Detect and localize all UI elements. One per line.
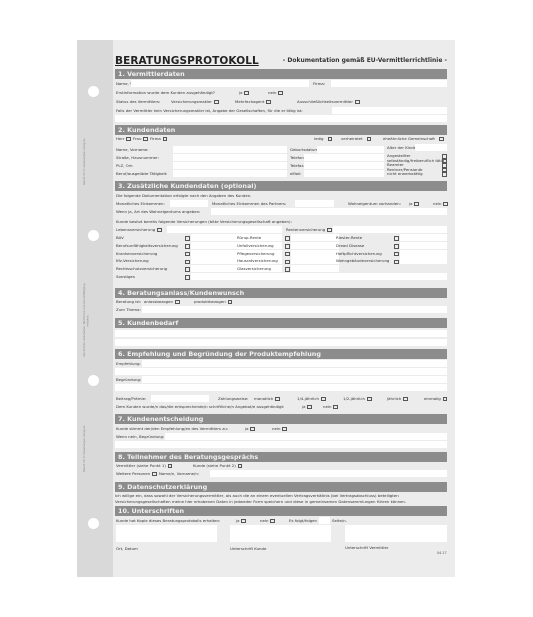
unterschrift-vermittler-field[interactable] xyxy=(345,525,447,542)
insurance-company-field[interactable] xyxy=(291,265,339,272)
label: Monatliches Einkommen: xyxy=(116,201,165,206)
checkbox-anlassbezogen[interactable]: anlassbezogen xyxy=(144,299,180,304)
label: Telefon: xyxy=(290,155,305,160)
section-heading: 7. Kundenentscheidung xyxy=(115,414,447,424)
insurance-company-field[interactable] xyxy=(400,234,447,241)
insurance-company-field[interactable] xyxy=(400,257,447,264)
label: Seite/n. xyxy=(332,518,347,523)
insurance-checkbox[interactable] xyxy=(285,236,290,241)
label: Straße, Hausnummer: xyxy=(116,155,159,160)
kundenbedarf-field-2[interactable] xyxy=(115,339,447,346)
label: Beruf/ausgeübte Tätigkeit: xyxy=(116,171,167,176)
telefon-field[interactable] xyxy=(304,154,384,161)
checkbox-lebensversicherung[interactable]: Lebensversicherung xyxy=(116,227,162,232)
side-note: Alle Rechte vorbehalten. Nachdruck und V… xyxy=(83,278,105,363)
insurance-company-field[interactable] xyxy=(400,250,447,257)
insurance-checkbox[interactable] xyxy=(185,275,190,280)
label: Begründung: xyxy=(116,377,141,382)
insurance-company-field[interactable] xyxy=(291,234,339,241)
checkbox-produktbezogen[interactable]: produktbezogen xyxy=(194,299,232,304)
section-heading: 8. Teilnehmer des Beratungsgesprächs xyxy=(115,452,447,462)
weitere-personen-field[interactable] xyxy=(210,470,447,477)
intro-text: Die folgende Dokumentation erfolgte nach… xyxy=(116,193,251,198)
section-heading: 5. Kundenbedarf xyxy=(115,318,447,328)
version-label: 04.17 xyxy=(437,551,447,555)
label: Kunde besitzt bereits folgende Versicher… xyxy=(116,219,292,224)
checkbox-vierteljaehrlich[interactable]: 1/4-jährlich xyxy=(297,396,326,401)
label: Name/n, Vorname/n: xyxy=(159,471,199,476)
geburtsdatum-field[interactable] xyxy=(317,146,384,153)
label: Zahlungsweise: xyxy=(218,396,248,401)
label: Kunde hat Kopie dieses Beratungsprotokol… xyxy=(116,518,220,523)
insurance-checkbox[interactable] xyxy=(185,252,190,257)
telefax-field[interactable] xyxy=(304,162,384,169)
checkbox-vermittler[interactable]: Vermittler (siehe Punkt 1) xyxy=(116,463,172,468)
insurance-label: Glasversicherung xyxy=(237,266,271,271)
gesellschaften-field-2[interactable] xyxy=(115,115,447,122)
insurance-checkbox[interactable] xyxy=(394,260,399,265)
insurance-company-field[interactable] xyxy=(400,242,447,249)
rentenversicherung-field[interactable] xyxy=(333,226,447,233)
insurance-label: Sonstiges xyxy=(116,274,135,279)
side-note: Stand: 04.17 www.kuriger-verlag.de xyxy=(83,138,105,186)
empfehlung-field[interactable] xyxy=(142,360,447,367)
ablehnung-begruendung-field-2[interactable] xyxy=(115,441,447,448)
firma-field[interactable] xyxy=(331,80,447,87)
side-note: Stand: 04.17 www.kuriger-verlag.de xyxy=(83,425,105,473)
label: Unterschrift Kunde xyxy=(230,546,266,551)
section-heading: 9. Datenschutzerklärung xyxy=(115,482,447,492)
checkbox-nein[interactable]: nein xyxy=(323,404,338,409)
binding-margin: Stand: 04.17 www.kuriger-verlag.de Alle … xyxy=(77,40,113,577)
label: Beratung ist: xyxy=(116,299,141,304)
label: Telefax: xyxy=(290,163,305,168)
wohneigentum-art-field[interactable] xyxy=(211,208,447,215)
label: PLZ, Ort: xyxy=(116,163,133,168)
checkbox-eheaehnlich[interactable]: eheähnliche Gemeinschaft xyxy=(383,136,444,141)
checkbox-box[interactable] xyxy=(442,172,447,177)
checkbox-weitere-personen[interactable]: Weitere Personen xyxy=(116,471,157,476)
insurance-checkbox[interactable] xyxy=(285,260,290,265)
checkbox-ja[interactable]: ja xyxy=(236,518,246,523)
insurance-checkbox[interactable] xyxy=(394,252,399,257)
section-heading: 4. Beratungsanlass/Kundenwunsch xyxy=(115,288,447,298)
checkbox-frau[interactable]: Frau xyxy=(133,136,148,141)
insurance-company-field[interactable] xyxy=(291,242,339,249)
insurance-company-field[interactable] xyxy=(191,273,447,280)
insurance-label: Wohngebäudeversicherung xyxy=(336,258,389,263)
label: Geburtsdatum: xyxy=(290,147,319,152)
form-content: BERATUNGSPROTOKOLL - Dokumentation gemäß… xyxy=(115,40,447,577)
insurance-checkbox[interactable] xyxy=(185,236,190,241)
checkbox-versicherungsmakler[interactable]: Versicherungsmakler xyxy=(171,99,219,104)
section-heading: 2. Kundendaten xyxy=(115,125,447,135)
insurance-label: Rechtsschutzversicherung xyxy=(116,266,167,271)
label: eMail: xyxy=(290,171,302,176)
thema-field[interactable] xyxy=(142,306,447,313)
checkbox-halbjaehrlich[interactable]: 1/2-jährlich xyxy=(343,396,372,401)
checkbox-nein[interactable]: nein xyxy=(433,201,448,206)
section-heading: 1. Vermittlerdaten xyxy=(115,69,447,79)
label: Wenn nein, Begründung: xyxy=(116,434,164,439)
checkbox-mehrfachagent[interactable]: Mehrfachagent xyxy=(235,99,271,104)
punch-hole-icon xyxy=(88,518,99,529)
insurance-label: Krankenversicherung xyxy=(116,251,157,256)
label: Monatliches Einkommen des Partners: xyxy=(212,201,286,206)
checkbox-ja[interactable]: ja xyxy=(245,426,255,431)
datenschutz-text: Ich willige ein, dass sowohl der Versich… xyxy=(115,493,447,504)
checkbox-nein[interactable]: nein xyxy=(272,426,287,431)
label: Firma: xyxy=(313,81,325,86)
insurance-checkbox[interactable] xyxy=(185,267,190,272)
page-title: BERATUNGSPROTOKOLL xyxy=(115,55,259,67)
label: Kunde stimmt der/den Empfehlung/en des V… xyxy=(116,426,228,431)
insurance-checkbox[interactable] xyxy=(285,244,290,249)
label: Zum Thema: xyxy=(116,307,141,312)
insurance-label: Rürup-Rente xyxy=(237,235,261,240)
insurance-label: Pflegeversicherung xyxy=(237,251,274,256)
page-subtitle: - Dokumentation gemäß EU-Vermittlerricht… xyxy=(283,57,447,64)
seitenanzahl-field[interactable] xyxy=(319,517,330,524)
checkbox-nein[interactable]: nein xyxy=(268,90,283,95)
insurance-checkbox[interactable] xyxy=(394,236,399,241)
checkbox-nein[interactable]: nein xyxy=(260,518,275,523)
insurance-label: BAV xyxy=(116,235,124,240)
label: Erstinformation wurde dem Kunden ausgehä… xyxy=(116,90,215,95)
insurance-label: Unfallversicherung xyxy=(237,243,274,248)
kundenbedarf-field-1[interactable] xyxy=(115,330,447,337)
checkbox-verheiratet[interactable]: verheiratet xyxy=(341,136,371,141)
plz-ort-field[interactable] xyxy=(173,162,287,169)
checkbox-monatlich[interactable]: monatlich xyxy=(254,396,280,401)
label: Name, Vorname: xyxy=(116,147,149,152)
gesellschaften-field[interactable] xyxy=(332,107,447,114)
checkbox-herr[interactable]: Herr xyxy=(116,136,131,141)
checkbox-ausschliesslichkeitsvermittler[interactable]: Ausschließlichkeitsvermittler xyxy=(297,99,360,104)
beruf-field[interactable] xyxy=(173,170,287,177)
insurance-checkbox[interactable] xyxy=(185,260,190,265)
checkbox-rentenversicherung[interactable]: Rentenversicherung xyxy=(286,227,332,232)
label: Wenn ja, Art des Wohneigentums angeben: xyxy=(116,209,200,214)
ablehnung-begruendung-field[interactable] xyxy=(165,433,447,440)
name-field[interactable] xyxy=(131,80,309,87)
checkbox-ja[interactable]: ja xyxy=(239,90,249,95)
checkbox-ledig[interactable]: ledig xyxy=(314,136,332,141)
insurance-checkbox[interactable] xyxy=(285,267,290,272)
checkbox-einmalig[interactable]: einmalig xyxy=(424,396,447,401)
label: Unterschrift Vermittler xyxy=(345,545,389,550)
label: Beitrag/Prämie: xyxy=(116,396,146,401)
label: Es folgt/folgen xyxy=(289,518,317,523)
kinder-field[interactable] xyxy=(415,144,447,151)
checkbox-ja[interactable]: ja xyxy=(302,404,312,409)
checkbox-kunde[interactable]: Kunde (siehe Punkt 2) xyxy=(193,463,242,468)
insurance-checkbox[interactable] xyxy=(285,252,290,257)
insurance-label: Haftpflichtversicherung xyxy=(336,251,382,256)
insurance-checkbox[interactable] xyxy=(394,244,399,249)
insurance-label: Riester-Rente xyxy=(336,235,362,240)
punch-hole-icon xyxy=(88,86,99,97)
form-page: Stand: 04.17 www.kuriger-verlag.de Alle … xyxy=(77,40,455,577)
beitrag-field[interactable] xyxy=(151,395,209,402)
label: Status des Vermittlers: xyxy=(116,99,160,104)
label: Dem Kunden wurde/n das/die entsprechende… xyxy=(116,404,284,409)
insurance-label: Kfz-Versicherung xyxy=(116,258,149,263)
header: BERATUNGSPROTOKOLL - Dokumentation gemäß… xyxy=(115,55,447,67)
checkbox-firma[interactable]: Firma xyxy=(150,136,167,141)
insurance-company-field[interactable] xyxy=(291,250,339,257)
section-heading: 6. Empfehlung und Begründung der Produkt… xyxy=(115,349,447,359)
insurance-company-field[interactable] xyxy=(291,257,339,264)
label: Ort, Datum xyxy=(116,546,138,551)
label: Empfehlung: xyxy=(116,361,141,366)
insurance-label: Berufsunfähigkeitsversicherung xyxy=(116,243,178,248)
checkbox-nicht-erwerbstaetig[interactable]: nicht erwerbstätig xyxy=(387,171,423,176)
lebensversicherung-field[interactable] xyxy=(167,226,282,233)
einkommen-field[interactable] xyxy=(170,200,208,207)
einkommen-partner-field[interactable] xyxy=(295,200,334,207)
kunde-name-field[interactable] xyxy=(173,146,287,153)
begruendung-field-2[interactable] xyxy=(115,384,447,391)
label: Falls der Vermittler kein Versicherungsm… xyxy=(116,108,303,113)
checkbox-ja[interactable]: ja xyxy=(409,201,419,206)
section-heading: 3. Zusätzliche Kundendaten (optional) xyxy=(115,181,447,191)
begruendung-field[interactable] xyxy=(142,376,447,383)
insurance-label: Dread Disease xyxy=(336,243,364,248)
section-heading: 10. Unterschriften xyxy=(115,506,447,516)
punch-hole-icon xyxy=(88,230,99,241)
insurance-label: Hausratversicherung xyxy=(237,258,278,263)
empfehlung-field-2[interactable] xyxy=(115,368,447,375)
email-field[interactable] xyxy=(304,170,384,177)
checkbox-jaehrlich[interactable]: jährlich xyxy=(387,396,408,401)
strasse-field[interactable] xyxy=(173,154,287,161)
ort-datum-field[interactable] xyxy=(116,525,217,542)
label: Wohneigentum vorhanden: xyxy=(348,201,401,206)
punch-hole-icon xyxy=(88,375,99,386)
unterschrift-kunde-field[interactable] xyxy=(230,525,331,542)
insurance-checkbox[interactable] xyxy=(185,244,190,249)
